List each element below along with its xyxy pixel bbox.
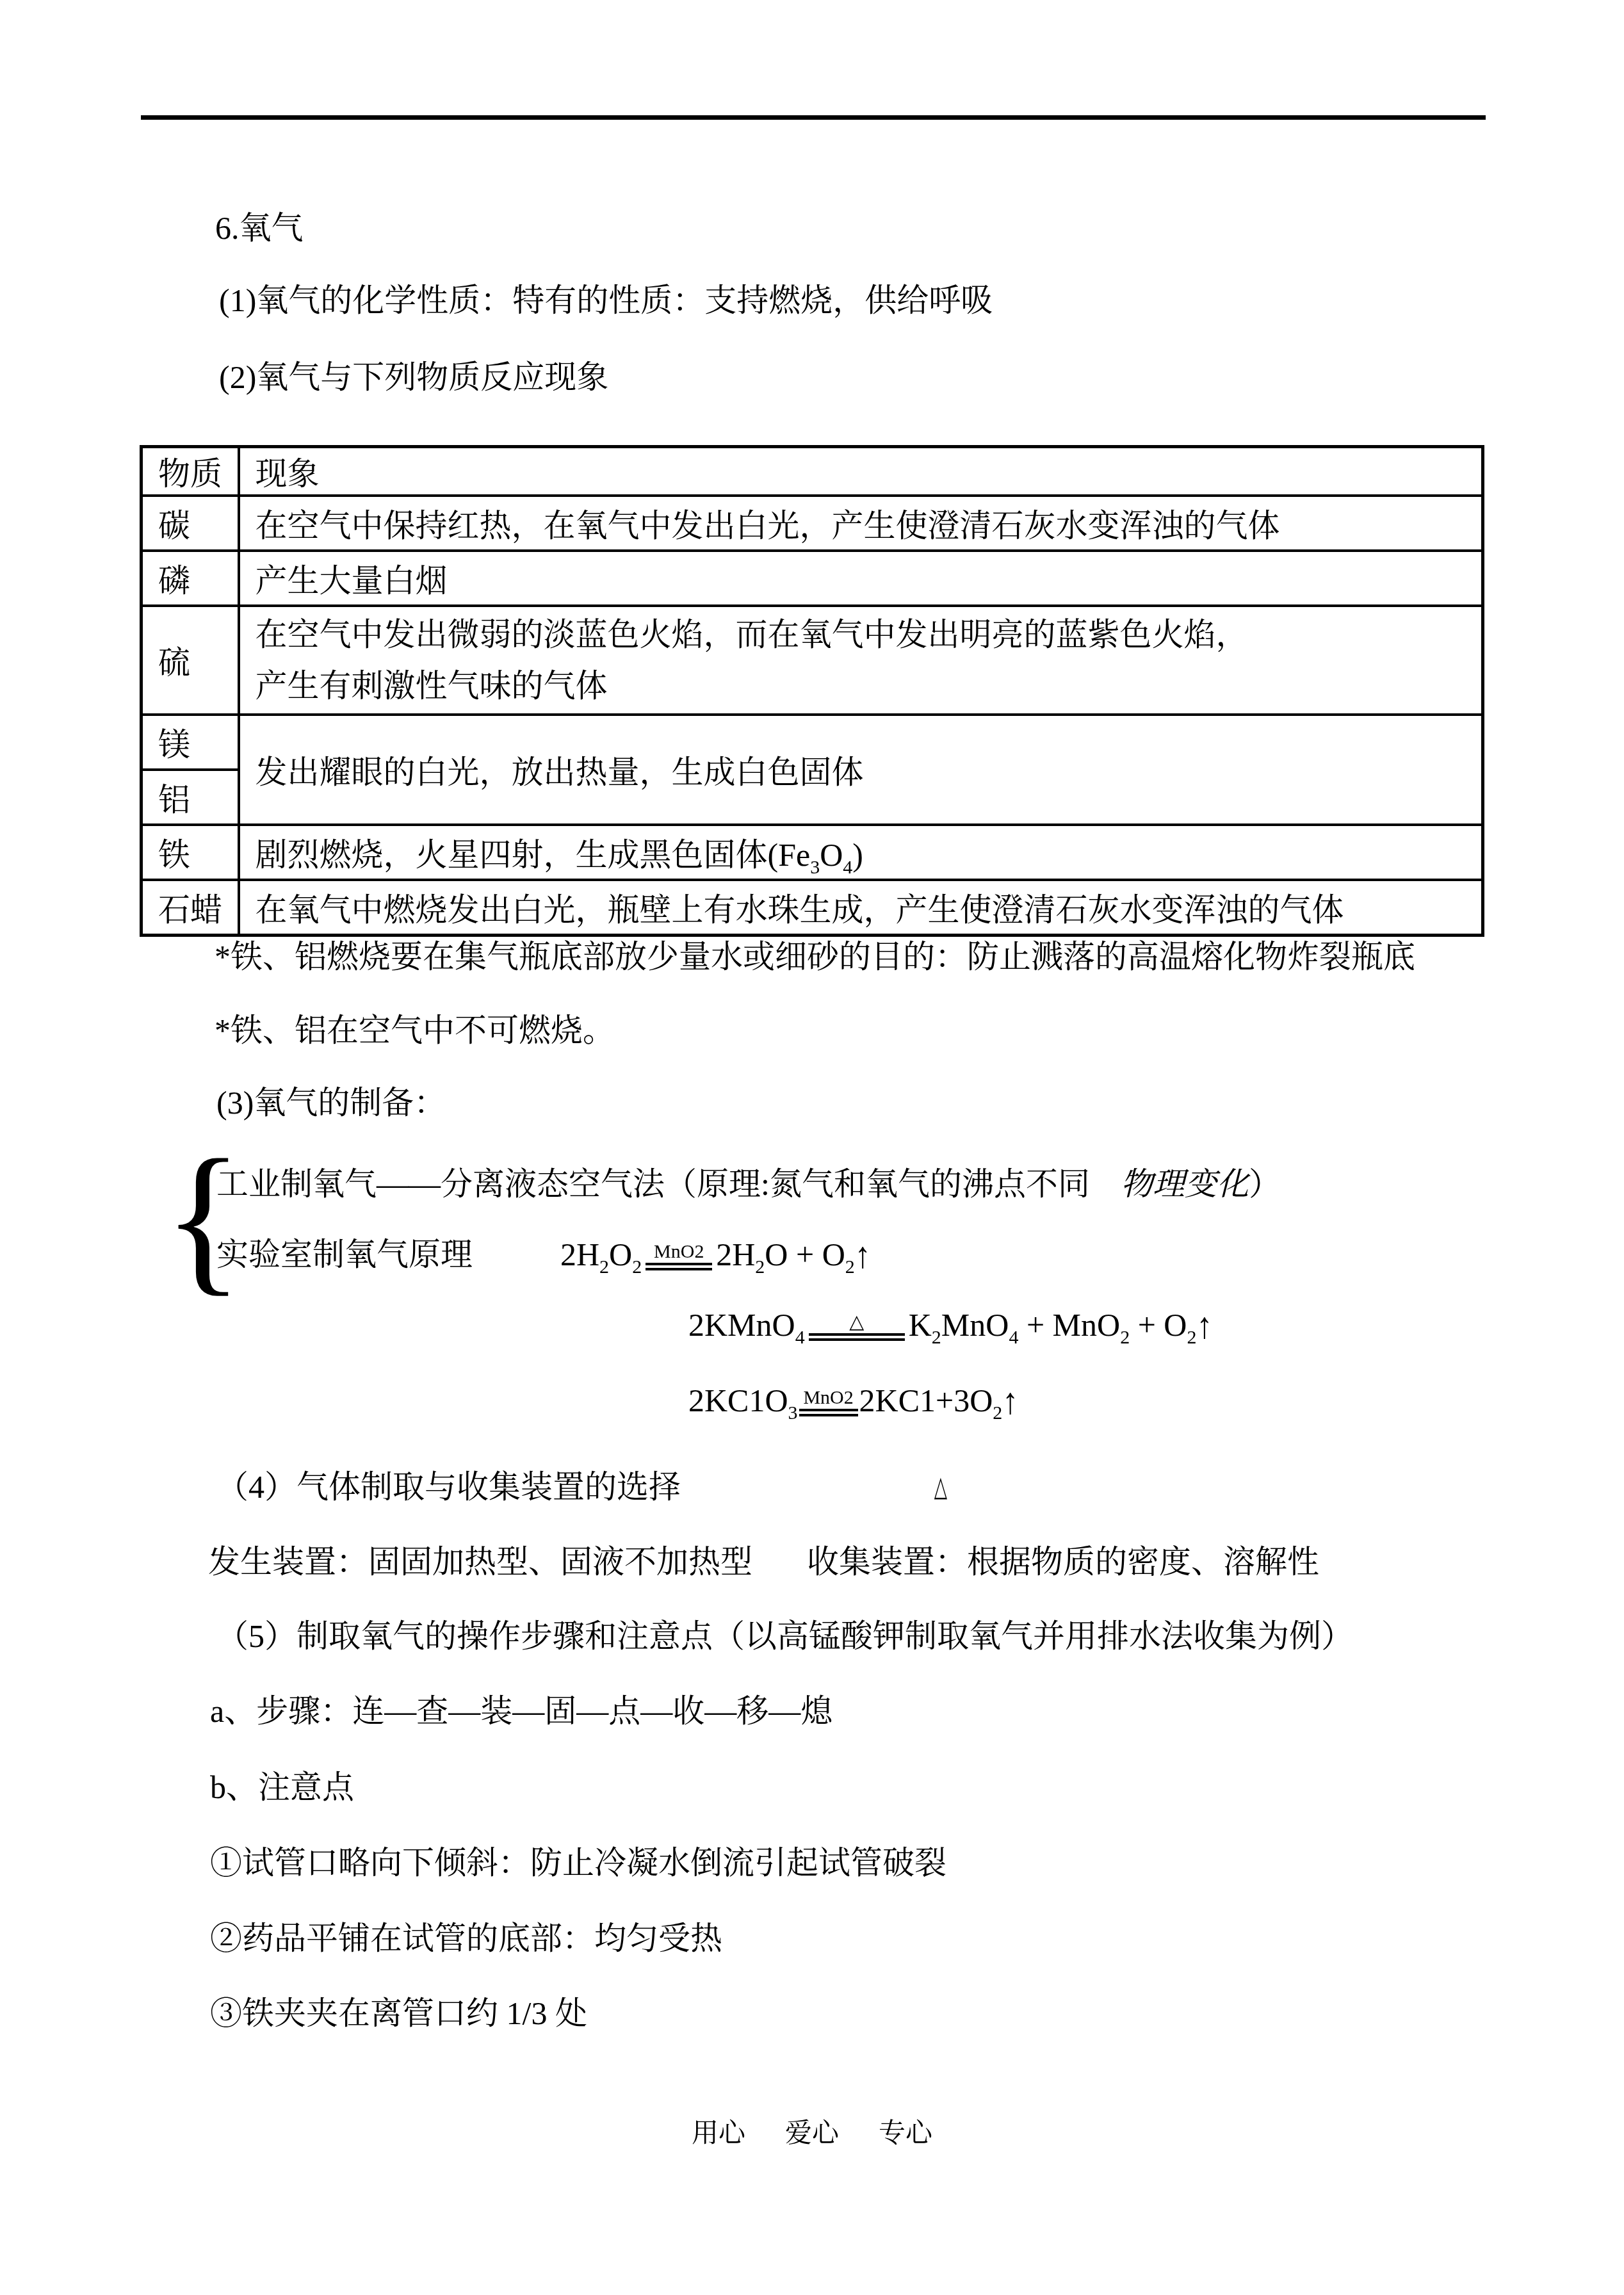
eq-subscript: 2 xyxy=(993,1402,1002,1423)
step-a-line: a、步骤：连—查—装—固—点—收—移—熄 xyxy=(210,1692,832,1730)
eq-subscript: 2 xyxy=(755,1256,765,1277)
gas-arrow: ↑ xyxy=(1002,1379,1018,1422)
double-bar xyxy=(646,1263,712,1270)
eq-term: + MnO xyxy=(1018,1307,1120,1343)
lab-label: 实验室制氧气原理 xyxy=(216,1237,473,1272)
eq-subscript: 2 xyxy=(845,1256,855,1277)
equation-kmno4: 2KMnO4△K2MnO4 + MnO2 + O2↑ xyxy=(688,1306,1212,1343)
note-circled-2: ②药品平铺在试管的底部：均匀受热 xyxy=(210,1920,722,1957)
table-row-paraffin: 石蜡 在氧气中燃烧发出白光，瓶壁上有水珠生成，产生使澄清石灰水变浑浊的气体 xyxy=(142,880,1483,936)
eq-subscript: 2 xyxy=(1120,1327,1130,1348)
triangle-symbol: △ xyxy=(934,1471,947,1503)
eq-term: 2H xyxy=(560,1237,599,1272)
table-row-sulfur: 硫 在空气中发出微弱的淡蓝色火焰，而在氧气中发出明亮的蓝紫色火焰， 产生有刺激性… xyxy=(142,606,1483,715)
eq-term: 2KMnO xyxy=(688,1307,795,1343)
industrial-text: 工业制氧气——分离液态空气法（原理:氮气和氧气的沸点不同 xyxy=(216,1166,1090,1202)
para-operation-steps: （5）制取氧气的操作步骤和注意点（以高锰酸钾制取氧气并用排水法收集为例） xyxy=(216,1618,1353,1655)
eq-subscript: 2 xyxy=(932,1327,941,1348)
reaction-table-wrapper: 物质 现象 碳 在空气中保持红热，在氧气中发出白光，产生使澄清石灰水变浑浊的气体… xyxy=(140,445,1484,937)
gas-arrow: ↑ xyxy=(855,1233,871,1276)
page-footer: 用心 爱心 专心 xyxy=(0,2112,1624,2150)
eq-term: O xyxy=(609,1237,632,1272)
eq-subscript: 3 xyxy=(788,1402,798,1423)
cell-substance: 磷 xyxy=(142,551,239,606)
eq-term: 2KC1+3O xyxy=(859,1383,993,1418)
para-oxygen-preparation: (3)氧气的制备： xyxy=(216,1084,446,1121)
devices-line: 发生装置：固固加热型、固液不加热型收集装置：根据物质的密度、溶解性 xyxy=(208,1543,1319,1580)
double-bar xyxy=(809,1333,905,1341)
table-header-row: 物质 现象 xyxy=(142,447,1483,496)
condition-mno2: MnO2 xyxy=(799,1388,858,1409)
eq-term: 2H xyxy=(716,1237,755,1272)
reaction-condition-stack: MnO2 xyxy=(799,1388,858,1416)
iron-subscript: 4 xyxy=(843,857,852,878)
eq-subscript: 2 xyxy=(1187,1327,1196,1348)
equation-kclo3: 2KC1O3MnO22KC1+3O2↑ xyxy=(688,1382,1018,1419)
cell-phenomenon: 在氧气中燃烧发出白光，瓶壁上有水珠生成，产生使澄清石灰水变浑浊的气体 xyxy=(239,880,1483,936)
eq-term: O + O xyxy=(765,1237,845,1272)
note-sand-water: *铁、铝燃烧要在集气瓶底部放少量水或细砂的目的：防止溅落的高温熔化物炸裂瓶底 xyxy=(215,938,1415,975)
eq-term: K xyxy=(909,1307,932,1343)
eq-subscript: 2 xyxy=(632,1256,642,1277)
condition-mno2: MnO2 xyxy=(646,1242,712,1263)
footer-word-2: 爱心 xyxy=(785,2112,839,2150)
footer-word-1: 用心 xyxy=(692,2112,745,2150)
table-header-substance: 物质 xyxy=(142,447,239,496)
cell-substance: 铝 xyxy=(142,770,239,825)
note-circled-3: ③铁夹夹在离管口约 1/3 处 xyxy=(210,1995,587,2032)
cell-phenomenon: 在空气中发出微弱的淡蓝色火焰，而在氧气中发出明亮的蓝紫色火焰， 产生有刺激性气味… xyxy=(239,606,1483,715)
cell-substance: 硫 xyxy=(142,606,239,715)
iron-text: 剧烈燃烧，火星四射，生成黑色固体(Fe xyxy=(256,837,811,873)
industrial-close-paren: ） xyxy=(1249,1166,1281,1202)
section-heading: 6.氧气 xyxy=(215,209,304,247)
double-bar xyxy=(799,1409,858,1416)
reaction-condition-stack: △ xyxy=(809,1313,905,1341)
document-page: 6.氧气 (1)氧气的化学性质：特有的性质：支持燃烧，供给呼吸 (2)氧气与下列… xyxy=(0,0,1624,2295)
cell-phenomenon: 剧烈燃烧，火星四射，生成黑色固体(Fe3O4) xyxy=(239,825,1483,880)
eq-term: + O xyxy=(1130,1307,1187,1343)
footer-word-3: 专心 xyxy=(879,2112,932,2150)
collection-device-text: 收集装置：根据物质的密度、溶解性 xyxy=(807,1544,1319,1580)
table-row-carbon: 碳 在空气中保持红热，在氧气中发出白光，产生使澄清石灰水变浑浊的气体 xyxy=(142,496,1483,551)
phenomenon-line-1: 在空气中发出微弱的淡蓝色火焰，而在氧气中发出明亮的蓝紫色火焰， xyxy=(256,609,1475,660)
para-chemical-properties: (1)氧气的化学性质：特有的性质：支持燃烧，供给呼吸 xyxy=(219,282,993,319)
table-row-magnesium: 镁 发出耀眼的白光，放出热量，生成白色固体 xyxy=(142,715,1483,770)
note-no-burn-in-air: *铁、铝在空气中不可燃烧。 xyxy=(215,1012,615,1049)
condition-heat: △ xyxy=(809,1313,905,1333)
cell-phenomenon: 在空气中保持红热，在氧气中发出白光，产生使澄清石灰水变浑浊的气体 xyxy=(239,496,1483,551)
iron-subscript: 3 xyxy=(810,857,820,878)
para-device-selection: （4）气体制取与收集装置的选择 xyxy=(216,1468,681,1505)
eq-subscript: 4 xyxy=(795,1327,805,1348)
eq-term: MnO xyxy=(941,1307,1009,1343)
lab-oxygen-line: 实验室制氧气原理2H2O2MnO22H2O + O2↑ xyxy=(216,1236,871,1273)
left-curly-brace: { xyxy=(163,1135,243,1301)
iron-text: ) xyxy=(852,837,863,873)
physical-change-italic: 物理变化 xyxy=(1121,1166,1249,1202)
table-row-iron: 铁 剧烈燃烧，火星四射，生成黑色固体(Fe3O4) xyxy=(142,825,1483,880)
equation-h2o2: 2H2O2MnO22H2O + O2↑ xyxy=(560,1236,871,1273)
eq-subscript: 4 xyxy=(1009,1327,1018,1348)
phenomenon-line-2: 产生有刺激性气味的气体 xyxy=(256,660,1475,711)
step-b-line: b、注意点 xyxy=(210,1769,354,1806)
cell-substance: 碳 xyxy=(142,496,239,551)
industrial-oxygen-line: 工业制氧气——分离液态空气法（原理:氮气和氧气的沸点不同物理变化） xyxy=(216,1165,1281,1203)
note-circled-1: ①试管口略向下倾斜：防止冷凝水倒流引起试管破裂 xyxy=(210,1844,946,1881)
table-header-phenomenon: 现象 xyxy=(239,447,1483,496)
cell-substance: 铁 xyxy=(142,825,239,880)
table-row-phosphorus: 磷 产生大量白烟 xyxy=(142,551,1483,606)
cell-substance: 石蜡 xyxy=(142,880,239,936)
gas-arrow: ↑ xyxy=(1196,1304,1212,1347)
eq-subscript: 2 xyxy=(599,1256,609,1277)
para-reaction-phenomena: (2)氧气与下列物质反应现象 xyxy=(219,359,608,396)
reaction-condition-stack: MnO2 xyxy=(646,1242,712,1270)
top-horizontal-rule xyxy=(141,115,1486,120)
generator-device-text: 发生装置：固固加热型、固液不加热型 xyxy=(208,1544,752,1580)
cell-phenomenon: 产生大量白烟 xyxy=(239,551,1483,606)
iron-text: O xyxy=(820,837,843,873)
eq-term: 2KC1O xyxy=(688,1383,788,1418)
reaction-table: 物质 现象 碳 在空气中保持红热，在氧气中发出白光，产生使澄清石灰水变浑浊的气体… xyxy=(140,445,1484,937)
cell-substance: 镁 xyxy=(142,715,239,770)
cell-phenomenon-shared: 发出耀眼的白光，放出热量，生成白色固体 xyxy=(239,715,1483,825)
